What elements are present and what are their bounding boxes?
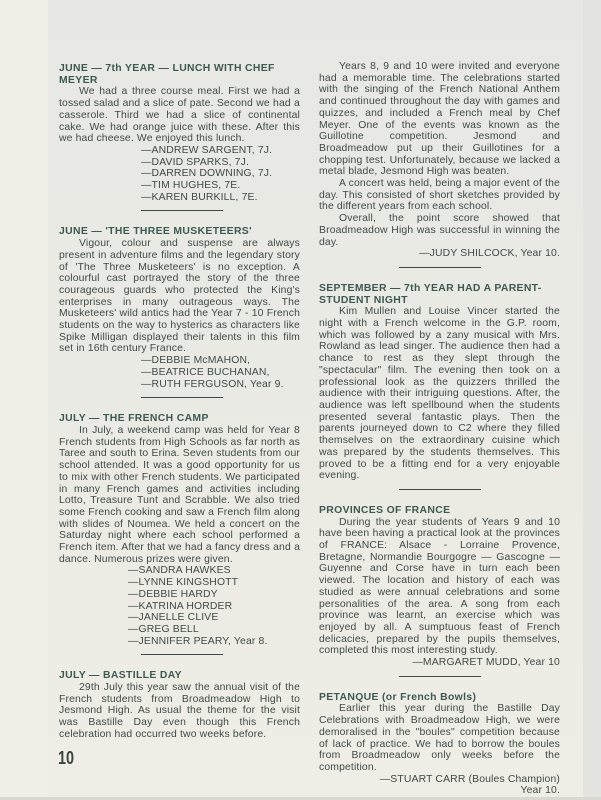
article-parent-student-night: SEPTEMBER — 7th YEAR HAD A PARENT-STUDEN… [319,283,560,490]
signature: Year 10. [319,785,560,797]
article-bastille-day-continued: Years 8, 9 and 10 were invited and every… [319,61,560,268]
page-margin-right [583,0,601,800]
section-divider [399,489,481,490]
article-paragraph: Kim Mullen and Louise Vincer started the… [319,306,560,482]
signature: —MARGARET MUDD, Year 10 [319,657,560,669]
section-divider [141,397,223,398]
signature: —STUART CARR (Boules Champion) [319,774,560,786]
article-heading: SEPTEMBER — 7th YEAR HAD A PARENT-STUDEN… [319,283,560,306]
article-bastille-day: JULY — BASTILLE DAY 29th July this year … [59,670,300,740]
signature: —KAREN BURKILL, 7E. [59,192,300,204]
article-heading: JUNE — 'THE THREE MUSKETEERS' [59,226,300,238]
page-number: 10 [58,748,74,769]
article-paragraph: Earlier this year during the Bastille Da… [319,703,560,773]
left-column: JUNE — 7th YEAR — LUNCH WITH CHEF MEYER … [59,63,300,741]
signature: —TIM HUGHES, 7E. [59,180,300,192]
signature: —RUTH FERGUSON, Year 9. [59,379,300,391]
signature: —ANDREW SARGENT, 7J. [59,145,300,157]
article-heading: PROVINCES OF FRANCE [319,505,560,517]
signature: —DEBBIE HARDY [59,589,300,601]
article-paragraph: We had a three course meal. First we had… [59,86,300,145]
signature: —JENNIFER PEARY, Year 8. [59,636,300,648]
article-heading: JULY — THE FRENCH CAMP [59,413,300,425]
article-paragraph: Vigour, colour and suspense are always p… [59,238,300,355]
article-heading: JUNE — 7th YEAR — LUNCH WITH CHEF MEYER [59,63,300,86]
signature: —SANDRA HAWKES [59,565,300,577]
article-paragraph: In July, a weekend camp was held for Yea… [59,425,300,565]
article-heading: JULY — BASTILLE DAY [59,670,300,682]
right-column: Years 8, 9 and 10 were invited and every… [319,61,560,797]
article-paragraph: During the year students of Years 9 and … [319,517,560,657]
signature: —KATRINA HORDER [59,601,300,613]
page-margin-left [0,0,48,800]
signature: —JUDY SHILCOCK, Year 10. [319,248,560,260]
article-lunch-with-chef-meyer: JUNE — 7th YEAR — LUNCH WITH CHEF MEYER … [59,63,300,211]
signature: —DARREN DOWNING, 7J. [59,168,300,180]
section-divider [141,654,223,655]
article-petanque: PETANQUE (or French Bowls) Earlier this … [319,692,560,797]
article-french-camp: JULY — THE FRENCH CAMP In July, a weeken… [59,413,300,655]
article-paragraph: Years 8, 9 and 10 were invited and every… [319,61,560,178]
signature: —JANELLE CLIVE [59,612,300,624]
section-divider [399,676,481,677]
article-paragraph: Overall, the point score showed that Bro… [319,213,560,248]
signature: —BEATRICE BUCHANAN, [59,367,300,379]
signature: —DEBBIE McMAHON, [59,355,300,367]
section-divider [399,267,481,268]
signature: —LYNNE KINGSHOTT [59,577,300,589]
article-heading: PETANQUE (or French Bowls) [319,692,560,704]
signature: —DAVID SPARKS, 7J. [59,157,300,169]
article-paragraph: 29th July this year saw the annual visit… [59,682,300,741]
article-paragraph: A concert was held, being a major event … [319,178,560,213]
article-provinces-of-france: PROVINCES OF FRANCE During the year stud… [319,505,560,677]
section-divider [141,210,223,211]
article-three-musketeers: JUNE — 'THE THREE MUSKETEERS' Vigour, co… [59,226,300,398]
signature: —GREG BELL [59,624,300,636]
